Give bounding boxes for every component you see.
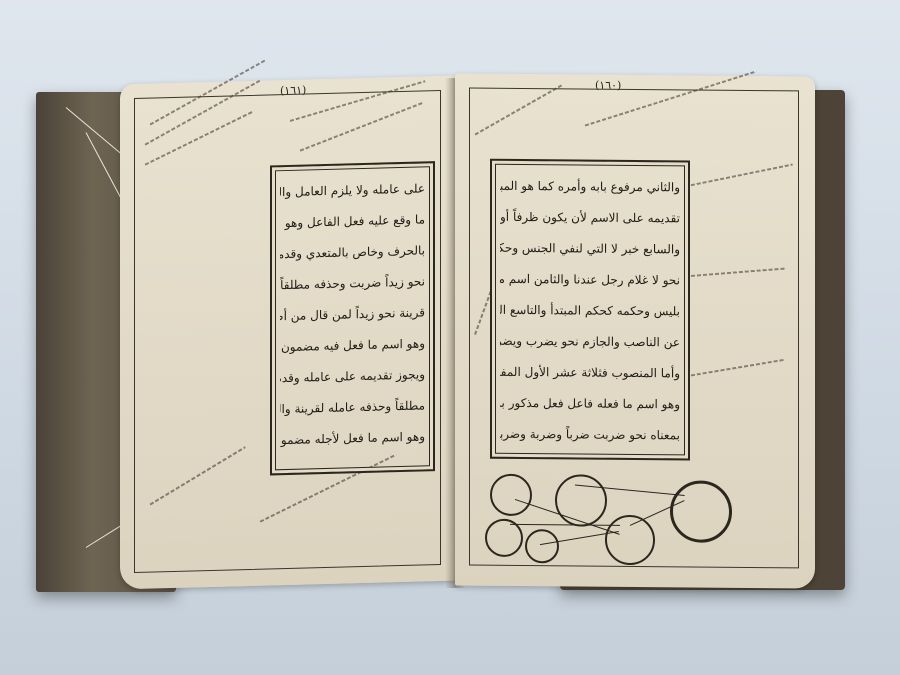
text-line: تقديمه على الاسم لأن يكون ظرفاً أو في ال… xyxy=(500,202,680,235)
diagram-root-node xyxy=(670,480,732,543)
thread xyxy=(86,132,124,203)
main-text-box: على عامله ولا يلزم العامل والثاني المفعو… xyxy=(270,161,435,475)
text-line: والسابع خبر لا التي لنفي الجنس وحكمها كح… xyxy=(500,233,680,266)
text-line: على عامله ولا يلزم العامل والثاني المفعو… xyxy=(280,173,425,208)
page-number: (١٦١) xyxy=(280,84,306,98)
circle-diagram xyxy=(455,73,815,76)
text-line: بمعناه نحو ضربت ضرباً وضربة وضربتين xyxy=(500,419,680,452)
left-page: (١٦١) على عامله ولا يلزم العامل والثاني … xyxy=(120,76,455,590)
text-line: نحو زيداً ضربت وحذفه مطلقاً وحذف فعله لق… xyxy=(280,266,425,301)
text-line: وأما المنصوب فثلاثة عشر الأول المفعول ال… xyxy=(500,357,680,390)
text-line: مطلقاً وحذفه عامله لقرينة والرابع المفعو… xyxy=(280,390,425,425)
diagram-node xyxy=(555,474,607,526)
text-line: قرينة نحو زيداً لمن قال من أضرب والثالث … xyxy=(280,297,425,332)
text-line: عن الناصب والجازم نحو يضرب ويضرب xyxy=(500,326,680,359)
page-number: (١٦٠) xyxy=(595,79,621,92)
text-line: ما وقع عليه فعل الفاعل وهو على قسمين صحي… xyxy=(280,204,425,239)
diagram-node xyxy=(490,474,532,516)
text-line: ويجوز تقديمه على عامله وقدم تقديره xyxy=(280,359,425,394)
text-line: بالحرف وخاص بالمتعدي وقدمه ويجوز تقديمه … xyxy=(280,235,425,270)
text-line: وهو اسم ما فعل لأجله مضمون عامل xyxy=(280,421,425,456)
right-page: (١٦٠) والثاني مرفوع بابه وأمره كما هو ال… xyxy=(455,73,815,588)
text-line: والثاني مرفوع بابه وأمره كما هو المبتدأ … xyxy=(500,171,680,204)
diagram-node xyxy=(485,519,523,557)
diagram-node xyxy=(605,515,655,565)
text-line: نحو لا غلام رجل عندنا والثامن اسم ما ولا… xyxy=(500,264,680,297)
text-line: وهو اسم ما فعل فيه مضمون زمان أو مكان xyxy=(280,328,425,363)
text-line: وهو اسم ما فعله فاعل فعل مذكور بمعناه xyxy=(500,388,680,421)
text-line: بليس وحكمه كحكم المبتدأ والتاسع المضارع … xyxy=(500,295,680,328)
main-text-box: والثاني مرفوع بابه وأمره كما هو المبتدأ … xyxy=(490,159,690,461)
diagram-node xyxy=(525,529,559,563)
